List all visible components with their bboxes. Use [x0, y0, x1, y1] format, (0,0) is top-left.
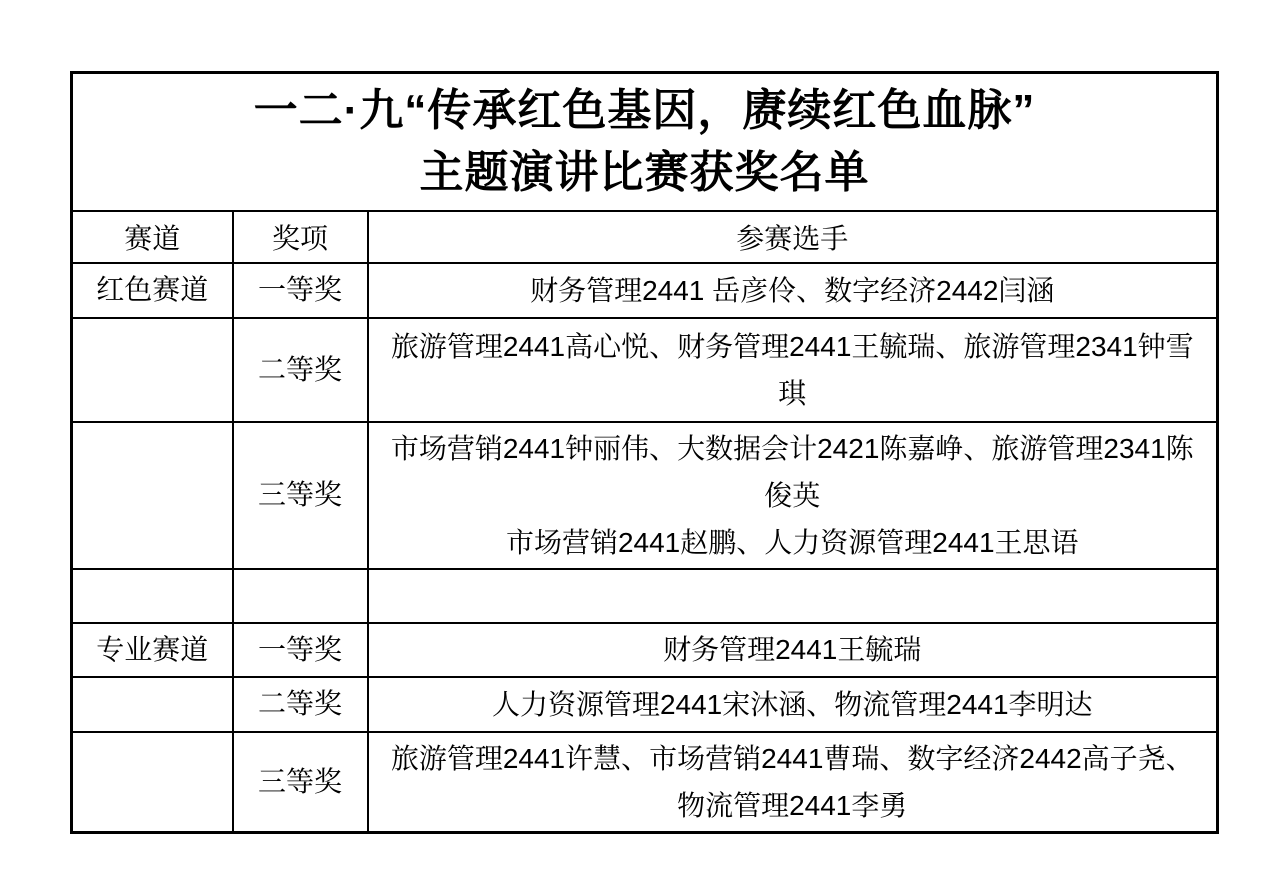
cell-text: 二等奖 — [244, 353, 357, 387]
contestant-line: 旅游管理2441高心悦、财务管理2441王毓瑞、旅游管理2341钟雪琪 — [379, 323, 1207, 417]
award-cell: 二等奖 — [233, 677, 368, 732]
contestants-cell: 市场营销2441钟丽伟、大数据会计2421陈嘉峥、旅游管理2341陈俊英市场营销… — [368, 422, 1218, 569]
cell-text: 一等奖 — [244, 633, 357, 667]
award-cell: 一等奖 — [233, 623, 368, 677]
award-cell — [233, 569, 368, 623]
award-table: 一二·九“传承红色基因，赓续红色血脉” 主题演讲比赛获奖名单 赛道 奖项 参赛选… — [70, 71, 1219, 834]
table-row: 红色赛道一等奖财务管理2441 岳彦伶、数字经济2442闫涵 — [72, 263, 1218, 318]
table-row: 二等奖人力资源管理2441宋沐涵、物流管理2441李明达 — [72, 677, 1218, 732]
title-line-2: 主题演讲比赛获奖名单 — [83, 142, 1206, 204]
header-row: 赛道 奖项 参赛选手 — [72, 211, 1218, 263]
cell-text: 专业赛道 — [83, 633, 222, 667]
contestant-line: 财务管理2441王毓瑞 — [379, 626, 1207, 673]
award-cell: 三等奖 — [233, 732, 368, 833]
contestants-cell: 财务管理2441 岳彦伶、数字经济2442闫涵 — [368, 263, 1218, 318]
table-row: 专业赛道一等奖财务管理2441王毓瑞 — [72, 623, 1218, 677]
cell-text: 二等奖 — [244, 687, 357, 721]
award-cell: 一等奖 — [233, 263, 368, 318]
award-cell: 二等奖 — [233, 318, 368, 422]
table-row: 三等奖旅游管理2441许慧、市场营销2441曹瑞、数字经济2442高子尧、物流管… — [72, 732, 1218, 833]
contestant-line: 财务管理2441 岳彦伶、数字经济2442闫涵 — [379, 267, 1207, 314]
title-line-1: 一二·九“传承红色基因，赓续红色血脉” — [83, 80, 1206, 142]
table-row: 三等奖市场营销2441钟丽伟、大数据会计2421陈嘉峥、旅游管理2341陈俊英市… — [72, 422, 1218, 569]
cell-text: 三等奖 — [244, 478, 357, 512]
track-cell: 红色赛道 — [72, 263, 233, 318]
table-row — [72, 569, 1218, 623]
document-canvas: 一二·九“传承红色基因，赓续红色血脉” 主题演讲比赛获奖名单 赛道 奖项 参赛选… — [0, 0, 1286, 892]
contestants-cell: 财务管理2441王毓瑞 — [368, 623, 1218, 677]
table-row: 二等奖旅游管理2441高心悦、财务管理2441王毓瑞、旅游管理2341钟雪琪 — [72, 318, 1218, 422]
contestants-cell: 旅游管理2441许慧、市场营销2441曹瑞、数字经济2442高子尧、物流管理24… — [368, 732, 1218, 833]
contestants-cell — [368, 569, 1218, 623]
col-header-contestants: 参赛选手 — [368, 211, 1218, 263]
contestant-line: 旅游管理2441许慧、市场营销2441曹瑞、数字经济2442高子尧、物流管理24… — [379, 735, 1207, 829]
table-title: 一二·九“传承红色基因，赓续红色血脉” 主题演讲比赛获奖名单 — [72, 73, 1218, 211]
contestant-line: 市场营销2441钟丽伟、大数据会计2421陈嘉峥、旅游管理2341陈俊英 — [379, 425, 1207, 519]
track-cell: 专业赛道 — [72, 623, 233, 677]
contestant-line: 人力资源管理2441宋沐涵、物流管理2441李明达 — [379, 681, 1207, 728]
contestant-line: 市场营销2441赵鹏、人力资源管理2441王思语 — [379, 519, 1207, 566]
award-table-body: 红色赛道一等奖财务管理2441 岳彦伶、数字经济2442闫涵二等奖旅游管理244… — [72, 263, 1218, 833]
col-header-track: 赛道 — [72, 211, 233, 263]
cell-text: 红色赛道 — [83, 273, 222, 307]
cell-text: 一等奖 — [244, 273, 357, 307]
track-cell — [72, 677, 233, 732]
award-cell: 三等奖 — [233, 422, 368, 569]
title-row: 一二·九“传承红色基因，赓续红色血脉” 主题演讲比赛获奖名单 — [72, 73, 1218, 211]
track-cell — [72, 422, 233, 569]
track-cell — [72, 569, 233, 623]
track-cell — [72, 732, 233, 833]
col-header-award: 奖项 — [233, 211, 368, 263]
track-cell — [72, 318, 233, 422]
contestants-cell: 人力资源管理2441宋沐涵、物流管理2441李明达 — [368, 677, 1218, 732]
contestants-cell: 旅游管理2441高心悦、财务管理2441王毓瑞、旅游管理2341钟雪琪 — [368, 318, 1218, 422]
cell-text: 三等奖 — [244, 765, 357, 799]
